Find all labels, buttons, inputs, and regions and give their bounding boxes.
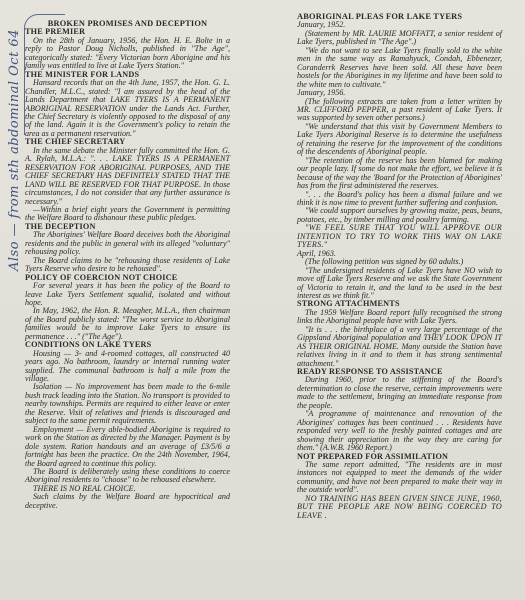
section-policy-of-coercion-not-choice: POLICY OF COERCION NOT CHOICEFor several… — [25, 274, 230, 342]
section-not-prepared-for-assimilation: NOT PREPARED FOR ASSIMILATIONThe same re… — [297, 453, 502, 521]
paragraph: ". . . the Board's policy has been a dis… — [297, 191, 502, 208]
paragraph: (Statement by MR. LAURIE MOFFATT, a seni… — [297, 30, 502, 47]
section-ready-response-to-assistance: READY RESPONSE TO ASSISTANCEDuring 1960,… — [297, 368, 502, 453]
paragraph: For several years it has been the policy… — [25, 282, 230, 307]
paragraph: On the 28th of January, 1956, the Hon. H… — [25, 37, 230, 71]
left-column: BROKEN PROMISES AND DECEPTION THE PREMIE… — [25, 20, 230, 510]
paragraph: The same report admitted, "The residents… — [297, 461, 502, 495]
paragraph: During 1960, prior to the stiffening of … — [297, 376, 502, 410]
paragraph: Isolation — No improvement has been made… — [25, 383, 230, 425]
section-the-premier: THE PREMIEROn the 28th of January, 1956,… — [25, 28, 230, 70]
paragraph: Hansard records that on the 4th June, 19… — [25, 79, 230, 138]
paragraph: (The following extracts are taken from a… — [297, 98, 502, 123]
paragraph: Housing — 3- and 4-roomed cottages, all … — [25, 350, 230, 384]
section-strong-attachments: STRONG ATTACHMENTSThe 1959 Welfare Board… — [297, 300, 502, 368]
section-the-minister-for-lands: THE MINISTER FOR LANDSHansard records th… — [25, 71, 230, 139]
paragraph: "A programme of maintenance and renovati… — [297, 410, 502, 452]
paragraph: The Board claims to be "rehousing those … — [25, 257, 230, 274]
paragraph: —Within a brief eight years the Governme… — [25, 206, 230, 223]
paragraph: "We do not want to see Lake Tyers finall… — [297, 47, 502, 89]
paragraph: The Aborigines' Welfare Board deceives b… — [25, 231, 230, 256]
paragraph: "It is . . . the birthplace of a very la… — [297, 326, 502, 368]
paragraph: Employment — Every able-bodied Aborigine… — [25, 426, 230, 468]
document-page: Also — from sth abdominal Oct 64 BROKEN … — [0, 0, 525, 600]
paragraph: The Board is deliberately using these co… — [25, 468, 230, 485]
paragraph: "The undersigned residents of Lake Tyers… — [297, 267, 502, 301]
section-the-deception: THE DECEPTIONThe Aborigines' Welfare Boa… — [25, 223, 230, 274]
paragraph: NO TRAINING HAS BEEN GIVEN SINCE JUNE, 1… — [297, 495, 502, 520]
paragraph: In the same debate the Minister fully co… — [25, 147, 230, 206]
section-intro: January, 1952.(Statement by MR. LAURIE M… — [297, 21, 502, 300]
paragraph: Such claims by the Welfare Board are hyp… — [25, 493, 230, 510]
left-sections: THE PREMIEROn the 28th of January, 1956,… — [25, 28, 230, 510]
handwritten-annotation: Also — from sth abdominal Oct 64 — [7, 5, 27, 295]
paragraph: "We understand that this visit by Govern… — [297, 123, 502, 157]
paragraph: "WE FEEL SURE THAT YOU WILL APPROVE OUR … — [297, 224, 502, 249]
section-conditions-on-lake-tyers: CONDITIONS ON LAKE TYERSHousing — 3- and… — [25, 341, 230, 510]
paragraph: "We could support ourselves by growing m… — [297, 207, 502, 224]
paragraph: In May, 1962, the Hon. R. Meagher, M.L.A… — [25, 307, 230, 341]
section-the-chief-secretary: THE CHIEF SECRETARYIn the same debate th… — [25, 138, 230, 223]
paragraph: "The retention of the reserve has been b… — [297, 157, 502, 191]
right-column: ABORIGINAL PLEAS FOR LAKE TYERS January,… — [297, 13, 502, 520]
paragraph: The 1959 Welfare Board report fully reco… — [297, 309, 502, 326]
right-sections: January, 1952.(Statement by MR. LAURIE M… — [297, 21, 502, 520]
